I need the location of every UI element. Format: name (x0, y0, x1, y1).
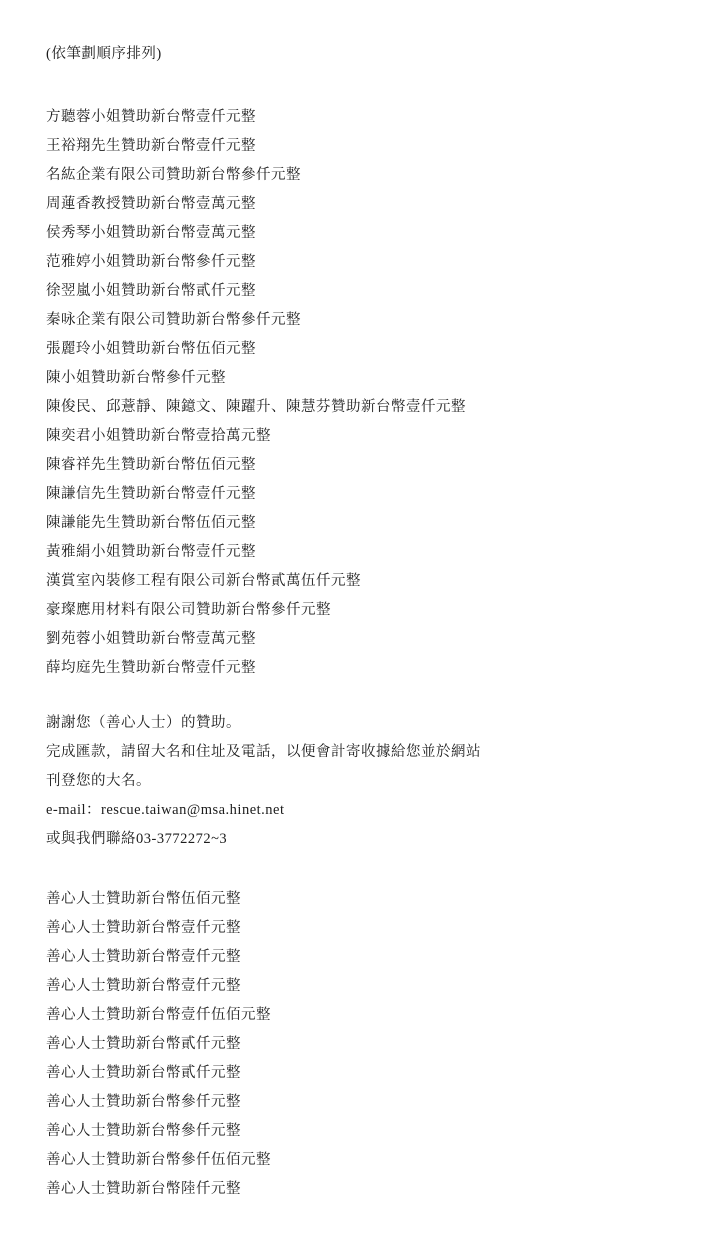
donor-line: 豪璨應用材料有限公司贊助新台幣參仟元整 (46, 596, 690, 625)
anonymous-donor-line: 善心人士贊助新台幣參仟元整 (46, 1088, 690, 1117)
donor-line: 方聽蓉小姐贊助新台幣壹仟元整 (46, 103, 690, 132)
donor-line: 名紘企業有限公司贊助新台幣參仟元整 (46, 161, 690, 190)
donor-line: 周蓮香教授贊助新台幣壹萬元整 (46, 190, 690, 219)
donor-line: 漢賞室內裝修工程有限公司新台幣貳萬伍仟元整 (46, 567, 690, 596)
anonymous-donor-line: 善心人士贊助新台幣壹仟元整 (46, 972, 690, 1001)
thank-you-block: 謝謝您（善心人士）的贊助。 完成匯款，請留大名和住址及電話，以便會計寄收據給您並… (46, 709, 690, 854)
named-donor-list: 方聽蓉小姐贊助新台幣壹仟元整 王裕翔先生贊助新台幣壹仟元整 名紘企業有限公司贊助… (46, 103, 690, 683)
anonymous-donor-line: 善心人士贊助新台幣壹仟伍佰元整 (46, 1001, 690, 1030)
donor-line: 黃雅絹小姐贊助新台幣壹仟元整 (46, 538, 690, 567)
anonymous-donor-list: 善心人士贊助新台幣伍佰元整 善心人士贊助新台幣壹仟元整 善心人士贊助新台幣壹仟元… (46, 885, 690, 1204)
donor-line: 秦咏企業有限公司贊助新台幣參仟元整 (46, 306, 690, 335)
donor-line: 陳睿祥先生贊助新台幣伍佰元整 (46, 451, 690, 480)
donor-line: 陳謙信先生贊助新台幣壹仟元整 (46, 480, 690, 509)
donor-line: 王裕翔先生贊助新台幣壹仟元整 (46, 132, 690, 161)
remittance-instruction-line: 完成匯款，請留大名和住址及電話，以便會計寄收據給您並於網站 (46, 738, 690, 767)
anonymous-donor-line: 善心人士贊助新台幣貳仟元整 (46, 1059, 690, 1088)
anonymous-donor-line: 善心人士贊助新台幣參仟元整 (46, 1117, 690, 1146)
donor-line: 徐翌嵐小姐贊助新台幣貳仟元整 (46, 277, 690, 306)
anonymous-donor-line: 善心人士贊助新台幣貳仟元整 (46, 1030, 690, 1059)
donor-line: 侯秀琴小姐贊助新台幣壹萬元整 (46, 219, 690, 248)
donation-acknowledgement-page: (依筆劃順序排列) 方聽蓉小姐贊助新台幣壹仟元整 王裕翔先生贊助新台幣壹仟元整 … (0, 0, 720, 1204)
donor-line: 陳俊民、邱薏靜、陳鐿文、陳躍升、陳慧芬贊助新台幣壹仟元整 (46, 393, 690, 422)
email-contact-line: e-mail：rescue.taiwan@msa.hinet.net (46, 796, 690, 825)
anonymous-donor-line: 善心人士贊助新台幣壹仟元整 (46, 943, 690, 972)
donor-line: 范雅婷小姐贊助新台幣參仟元整 (46, 248, 690, 277)
thank-you-line: 謝謝您（善心人士）的贊助。 (46, 709, 690, 738)
phone-contact-line: 或與我們聯絡03-3772272~3 (46, 825, 690, 854)
donor-line: 陳小姐贊助新台幣參仟元整 (46, 364, 690, 393)
anonymous-donor-line: 善心人士贊助新台幣伍佰元整 (46, 885, 690, 914)
anonymous-donor-line: 善心人士贊助新台幣參仟伍佰元整 (46, 1146, 690, 1175)
sort-order-note: (依筆劃順序排列) (46, 40, 690, 69)
remittance-instruction-line-2: 刊登您的大名。 (46, 767, 690, 796)
anonymous-donor-line: 善心人士贊助新台幣壹仟元整 (46, 914, 690, 943)
donor-line: 劉苑蓉小姐贊助新台幣壹萬元整 (46, 625, 690, 654)
anonymous-donor-line: 善心人士贊助新台幣陸仟元整 (46, 1175, 690, 1204)
donor-line: 張麗玲小姐贊助新台幣伍佰元整 (46, 335, 690, 364)
donor-line: 薛均庭先生贊助新台幣壹仟元整 (46, 654, 690, 683)
donor-line: 陳奕君小姐贊助新台幣壹拾萬元整 (46, 422, 690, 451)
donor-line: 陳謙能先生贊助新台幣伍佰元整 (46, 509, 690, 538)
